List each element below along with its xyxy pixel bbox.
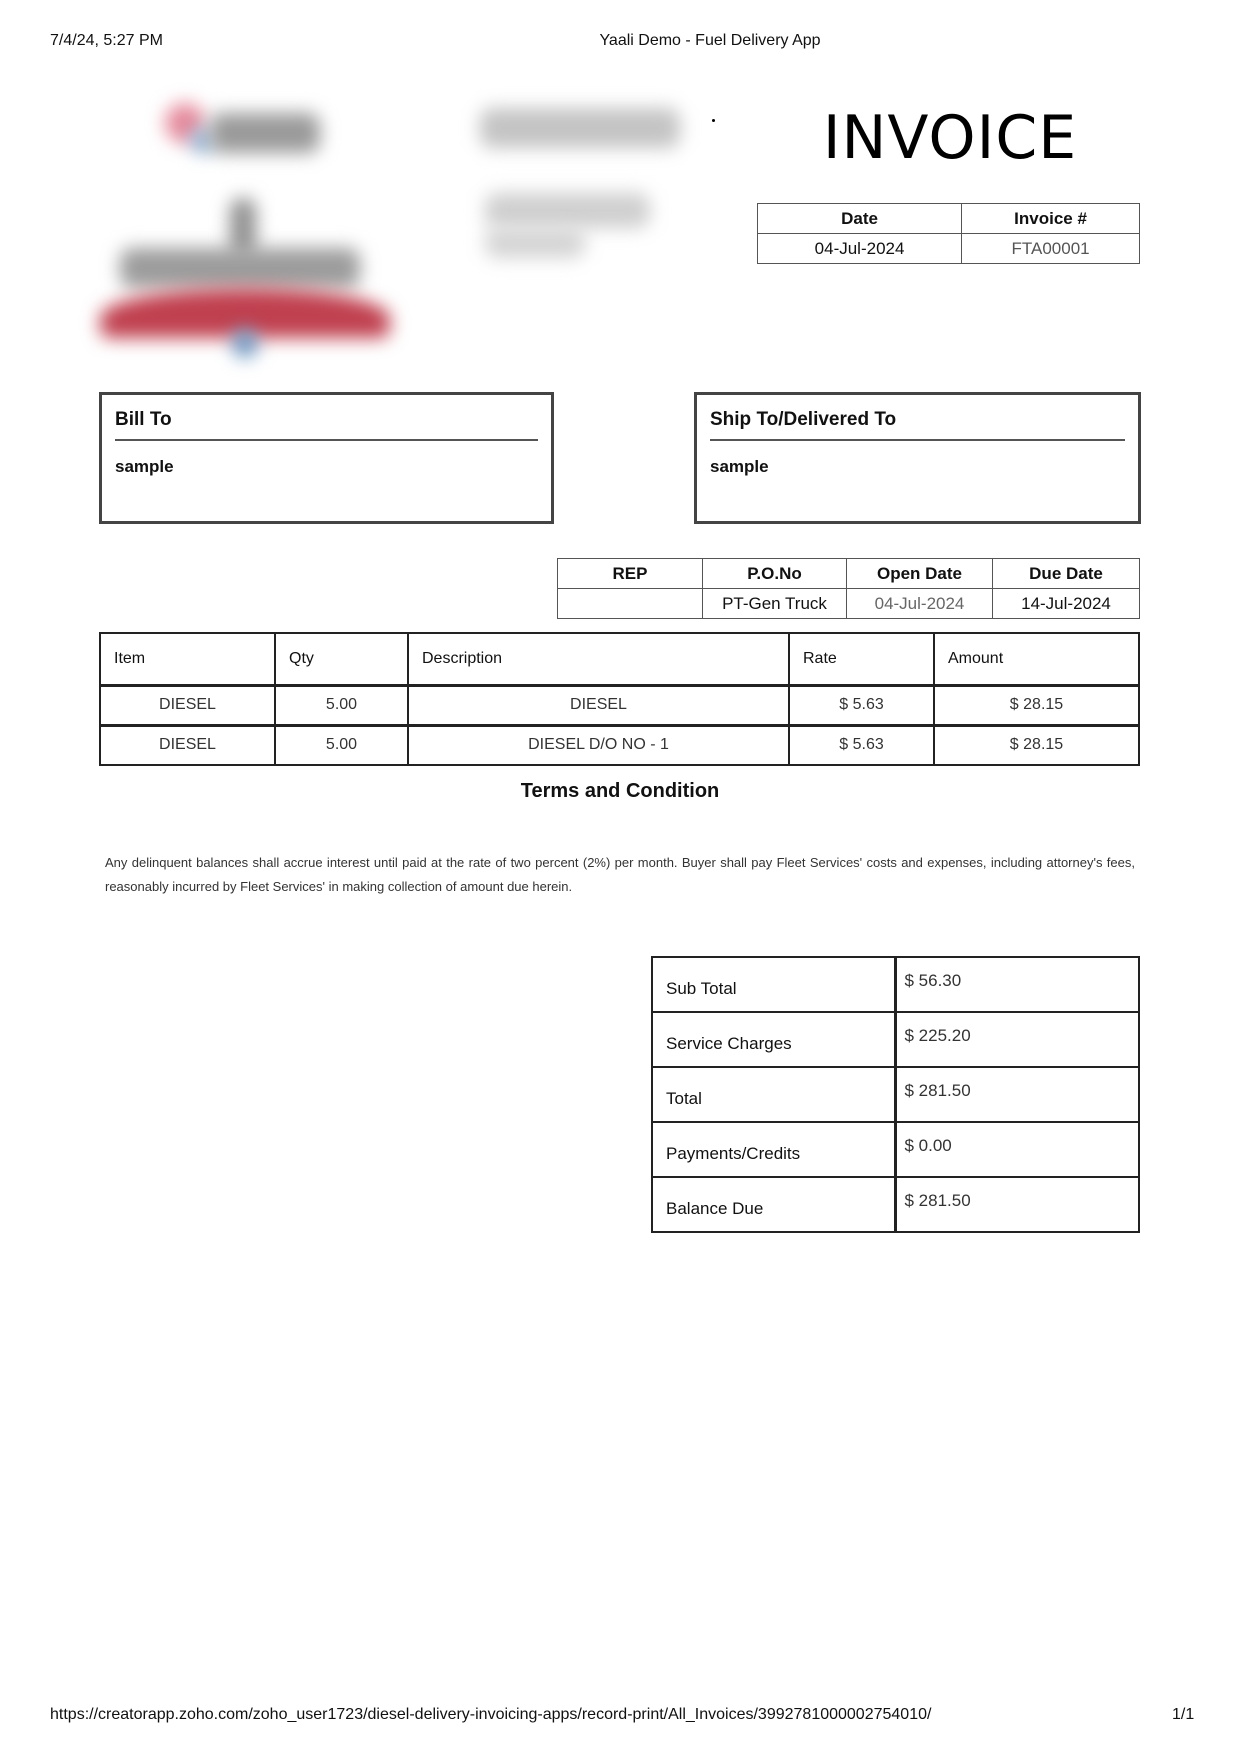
- print-url: https://creatorapp.zoho.com/zoho_user172…: [50, 1706, 931, 1724]
- open-date-value: 04-Jul-2024: [847, 589, 993, 619]
- due-date-value: 14-Jul-2024: [993, 589, 1140, 619]
- item-cell: DIESEL: [100, 725, 275, 765]
- logo-wordmark: [210, 113, 320, 153]
- total-value: $ 281.50: [895, 1067, 1139, 1122]
- rep-header: REP: [558, 559, 703, 589]
- rate-cell: $ 5.63: [789, 725, 934, 765]
- invoice-date: 04-Jul-2024: [758, 234, 962, 264]
- table-row: DIESEL 5.00 DIESEL D/O NO - 1 $ 5.63 $ 2…: [100, 725, 1139, 765]
- invoice-number: FTA00001: [962, 234, 1140, 264]
- service-charges-label: Service Charges: [652, 1012, 895, 1067]
- bill-to-title: Bill To: [115, 409, 538, 441]
- amount-cell: $ 28.15: [934, 685, 1139, 725]
- bill-to-value: sample: [115, 457, 538, 477]
- company-logo: [90, 88, 720, 373]
- company-address-line: [485, 228, 585, 258]
- rep-value: [558, 589, 703, 619]
- terms-text: Any delinquent balances shall accrue int…: [105, 851, 1135, 899]
- service-charges-value: $ 225.20: [895, 1012, 1139, 1067]
- po-number-header: P.O.No: [703, 559, 847, 589]
- item-cell: DIESEL: [100, 685, 275, 725]
- amount-header: Amount: [934, 633, 1139, 685]
- description-header: Description: [408, 633, 789, 685]
- qty-cell: 5.00: [275, 685, 408, 725]
- payments-credits-row: Payments/Credits $ 0.00: [652, 1122, 1139, 1177]
- qty-header: Qty: [275, 633, 408, 685]
- totals-table: Sub Total $ 56.30 Service Charges $ 225.…: [651, 956, 1140, 1233]
- subtotal-value: $ 56.30: [895, 957, 1139, 1012]
- table-row: DIESEL 5.00 DIESEL $ 5.63 $ 28.15: [100, 685, 1139, 725]
- date-header: Date: [758, 204, 962, 234]
- terms-title: Terms and Condition: [0, 780, 1240, 803]
- subtotal-label: Sub Total: [652, 957, 895, 1012]
- invoice-meta-table: Date Invoice # 04-Jul-2024 FTA00001: [757, 203, 1140, 264]
- qty-cell: 5.00: [275, 725, 408, 765]
- print-page-number: 1/1: [1172, 1706, 1194, 1724]
- ship-to-box: Ship To/Delivered To sample: [694, 392, 1141, 524]
- payments-credits-value: $ 0.00: [895, 1122, 1139, 1177]
- order-info-table: REP P.O.No Open Date Due Date PT-Gen Tru…: [557, 558, 1140, 619]
- ship-to-title: Ship To/Delivered To: [710, 409, 1125, 441]
- payments-credits-label: Payments/Credits: [652, 1122, 895, 1177]
- service-charges-row: Service Charges $ 225.20: [652, 1012, 1139, 1067]
- description-cell: DIESEL: [408, 685, 789, 725]
- bill-to-box: Bill To sample: [99, 392, 554, 524]
- item-header: Item: [100, 633, 275, 685]
- company-address-line: [485, 193, 650, 228]
- balance-due-label: Balance Due: [652, 1177, 895, 1232]
- total-row: Total $ 281.50: [652, 1067, 1139, 1122]
- total-label: Total: [652, 1067, 895, 1122]
- company-address-line: [480, 108, 680, 148]
- balance-due-row: Balance Due $ 281.50: [652, 1177, 1139, 1232]
- line-items-table: Item Qty Description Rate Amount DIESEL …: [99, 632, 1140, 766]
- balance-due-value: $ 281.50: [895, 1177, 1139, 1232]
- po-number-value: PT-Gen Truck: [703, 589, 847, 619]
- rate-cell: $ 5.63: [789, 685, 934, 725]
- stray-dot: [712, 119, 715, 122]
- ship-to-value: sample: [710, 457, 1125, 477]
- rate-header: Rate: [789, 633, 934, 685]
- logo-company-name: [120, 248, 360, 288]
- invoice-title: INVOICE: [760, 108, 1140, 168]
- description-cell: DIESEL D/O NO - 1: [408, 725, 789, 765]
- print-page-title: Yaali Demo - Fuel Delivery App: [0, 32, 1240, 50]
- subtotal-row: Sub Total $ 56.30: [652, 957, 1139, 1012]
- logo-drop-icon: [232, 328, 258, 358]
- due-date-header: Due Date: [993, 559, 1140, 589]
- amount-cell: $ 28.15: [934, 725, 1139, 765]
- invoice-number-header: Invoice #: [962, 204, 1140, 234]
- open-date-header: Open Date: [847, 559, 993, 589]
